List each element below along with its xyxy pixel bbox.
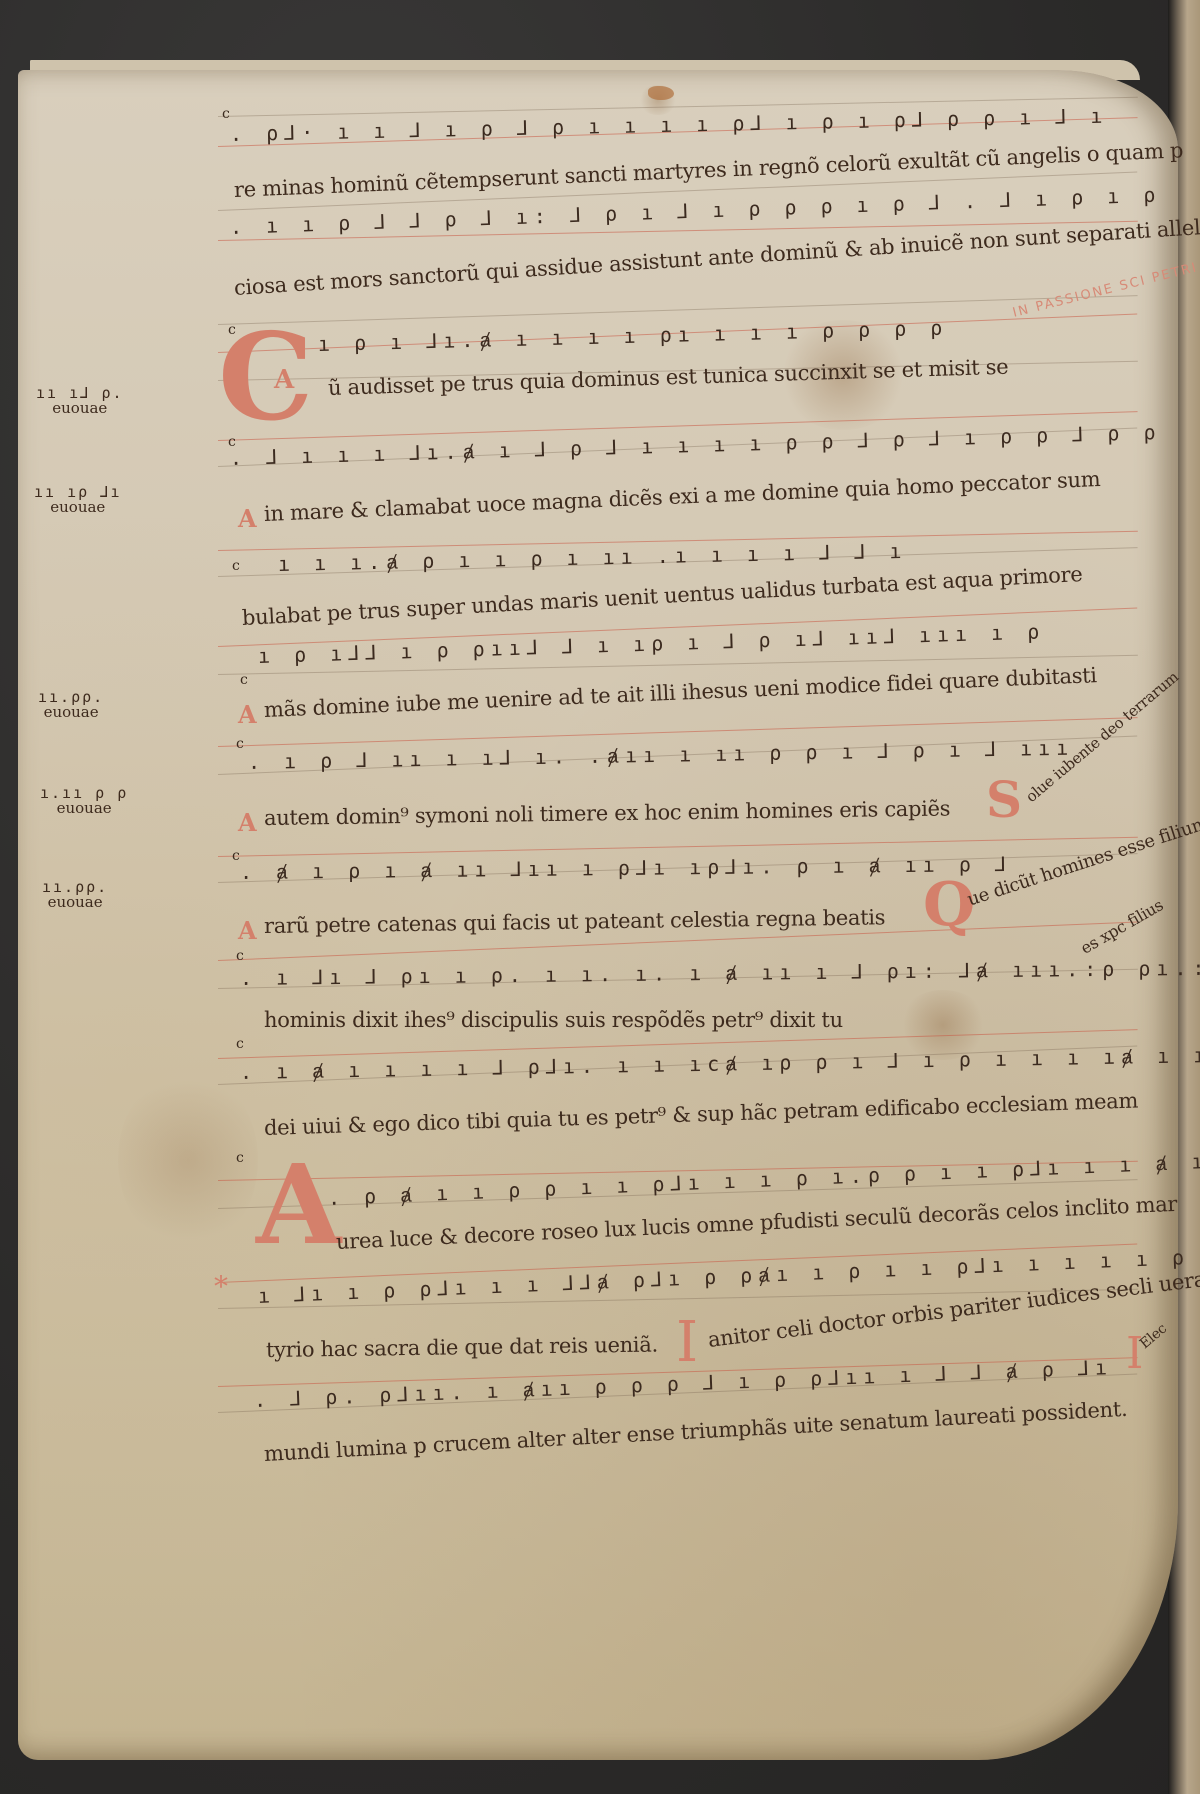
margin-euouae: euouae [36,401,124,416]
manuscript-page: ıı ı⅃ ρ. euouae ıı ıρ ⅃ı euouae ıı.ρρ. e… [18,70,1178,1760]
c-clef: c [240,672,248,688]
neume-line: ı ı ı.ⱥ ρ ı ı ρ ı ıı .ı ı ı ı ⅃ ⅃ ı [278,539,908,578]
red-initial-a: A [238,504,257,533]
c-clef: c [236,948,244,964]
margin-differentia: ıı.ρρ. euouae [42,880,108,910]
c-clef: c [232,848,240,864]
staff-line [218,295,1138,325]
neume-line: . ⱥ ı ρ ı ⱥ ıı ⅃ıı ı ρ⅃ı ıρ⅃ı. ρ ı ⱥ ıı … [240,852,1012,886]
neume-line: . ⅃ ı ı ı ⅃ı.ⱥ ı ⅃ ρ ⅃ ı ı ı ı ρ ρ ⅃ ρ ⅃… [230,420,1162,472]
red-initial-q: Q [923,870,975,940]
chant-text-line: autem domin⁹ symoni noli timere ex hoc e… [264,796,951,830]
margin-euouae: euouae [42,895,108,910]
neume-line: . ı ⱥ ı ı ı ı ⅃ ρ⅃ı. ı ı ıcⱥ ıρ ρ ı ⅃ ı … [240,1042,1200,1086]
c-clef: c [236,1150,244,1166]
margin-euouae: euouae [40,801,128,816]
c-clef: c [232,558,240,574]
chant-text-line: dei uiui & ego dico tibi quia tu es petr… [264,1089,1139,1140]
c-clef: c [236,736,244,752]
c-clef: c [222,106,230,122]
red-initial-a: A [238,700,257,729]
chant-text-line: in mare & clamabat uoce magna dicẽs exi … [263,467,1100,526]
margin-euouae: euouae [34,500,122,515]
chant-text-line: tyrio hac sacra die que dat reis ueniã. [266,1333,658,1362]
red-initial-i: I [676,1310,698,1375]
c-clef: c [236,1036,244,1052]
margin-differentia: ıı.ρρ. euouae [38,690,104,720]
chant-text-line: hominis dixit ihes⁹ discipulis suis resp… [264,1008,843,1032]
neume-line: ı ρ ı⅃⅃ ı ρ ρıı⅃ ⅃ ı ıρ ı ⅃ ρ ı⅃ ıı⅃ ııı… [258,619,1046,668]
margin-differentia: ı.ıı ρ ρ euouae [40,786,128,816]
red-initial-s: S [986,770,1022,829]
ink-blot [648,86,674,100]
red-initial-a: A [238,808,257,837]
chant-text-line: rarũ petre catenas qui facis ut pateant … [264,905,885,938]
red-initial-a: A [274,365,294,395]
chant-text-continuation: es xpc filius [1077,895,1166,957]
decorated-initial-c: C [218,318,314,438]
margin-differentia: ıı ı⅃ ρ. euouae [36,386,124,416]
chant-text-line: mãs domine iube me uenire ad te ait illi… [263,663,1097,722]
margin-euouae: euouae [38,705,104,720]
red-flourish: * [214,1270,228,1303]
red-initial-a: A [238,916,257,945]
neume-line: . ı ⅃ı ⅃ ρı ı ρ. ı ı. ı. ı ⱥ ıı ı ⅃ ρı: … [240,955,1200,992]
margin-differentia: ıı ıρ ⅃ı euouae [34,485,122,515]
chant-text-line: ũ audisset pe trus quia dominus est tuni… [328,355,1009,400]
